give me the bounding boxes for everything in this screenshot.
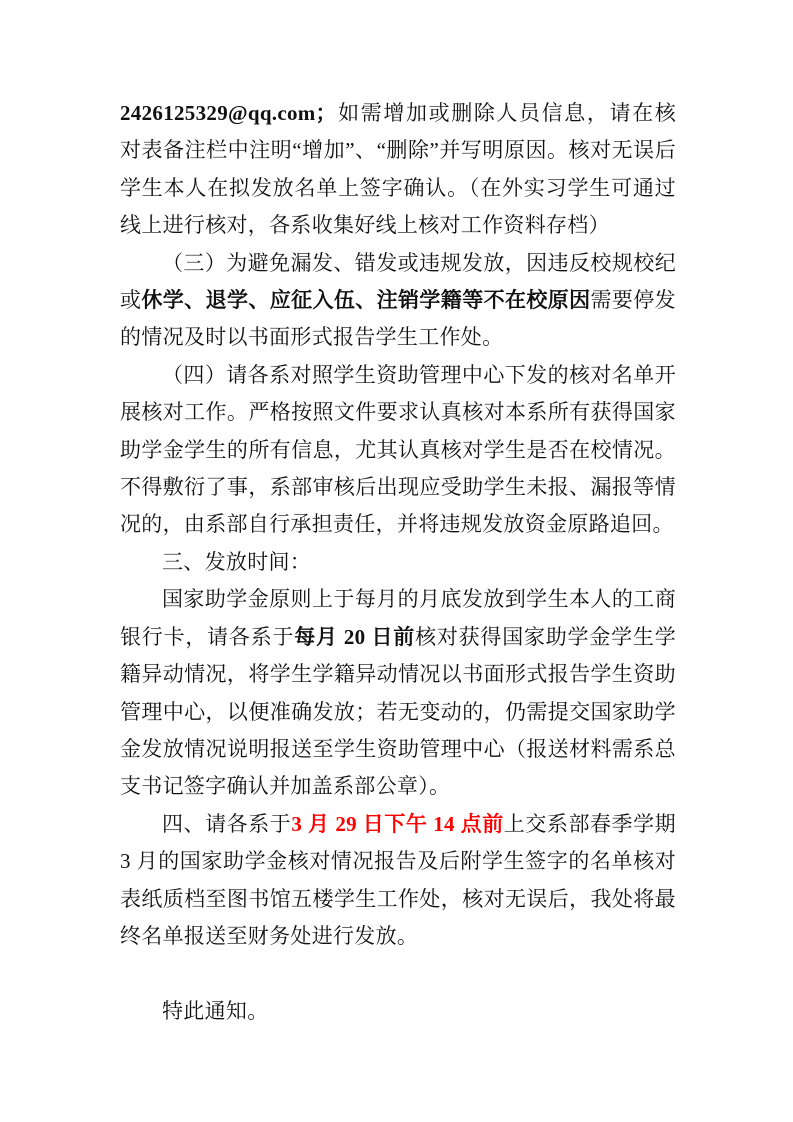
paragraph: 国家助学金原则上于每月的月底发放到学生本人的工商银行卡，请各系于每月 20 日前…: [120, 581, 676, 805]
paragraph: 四、请各系于3 月 29 日下午 14 点前上交系部春季学期 3 月的国家助学金…: [120, 806, 676, 956]
document-page: 2426125329@qq.com；如需增加或删除人员信息，请在核对表备注栏中注…: [0, 0, 793, 1122]
text-run: （四）请各系对照学生资助管理中心下发的核对名单开展核对工作。严格按照文件要求认真…: [120, 363, 676, 537]
bold-run: 2426125329@qq.com；: [120, 101, 337, 125]
paragraph: （三）为避免漏发、错发或违规发放，因违反校规校纪或休学、退学、应征入伍、注销学籍…: [120, 245, 676, 357]
paragraph: 三、发放时间：: [120, 544, 676, 581]
paragraph: （四）请各系对照学生资助管理中心下发的核对名单开展核对工作。严格按照文件要求认真…: [120, 357, 676, 544]
text-run: 三、发放时间：: [162, 550, 311, 574]
bold-run: 每月 20 日前: [294, 625, 415, 649]
paragraph: 2426125329@qq.com；如需增加或删除人员信息，请在核对表备注栏中注…: [120, 95, 676, 245]
red-bold-run: 3 月 29 日下午 14 点前: [291, 812, 503, 836]
bold-run: 休学、退学、应征入伍、注销学籍等不在校原因: [141, 288, 590, 312]
text-run: 特此通知。: [162, 999, 269, 1023]
text-run: 核对获得国家助学金学生学籍异动情况，将学生学籍异动情况以书面形式报告学生资助管理…: [120, 625, 676, 799]
paragraph: 特此通知。: [120, 993, 676, 1030]
text-run: 四、请各系于: [162, 812, 291, 836]
document-body: 2426125329@qq.com；如需增加或删除人员信息，请在核对表备注栏中注…: [120, 95, 676, 1030]
